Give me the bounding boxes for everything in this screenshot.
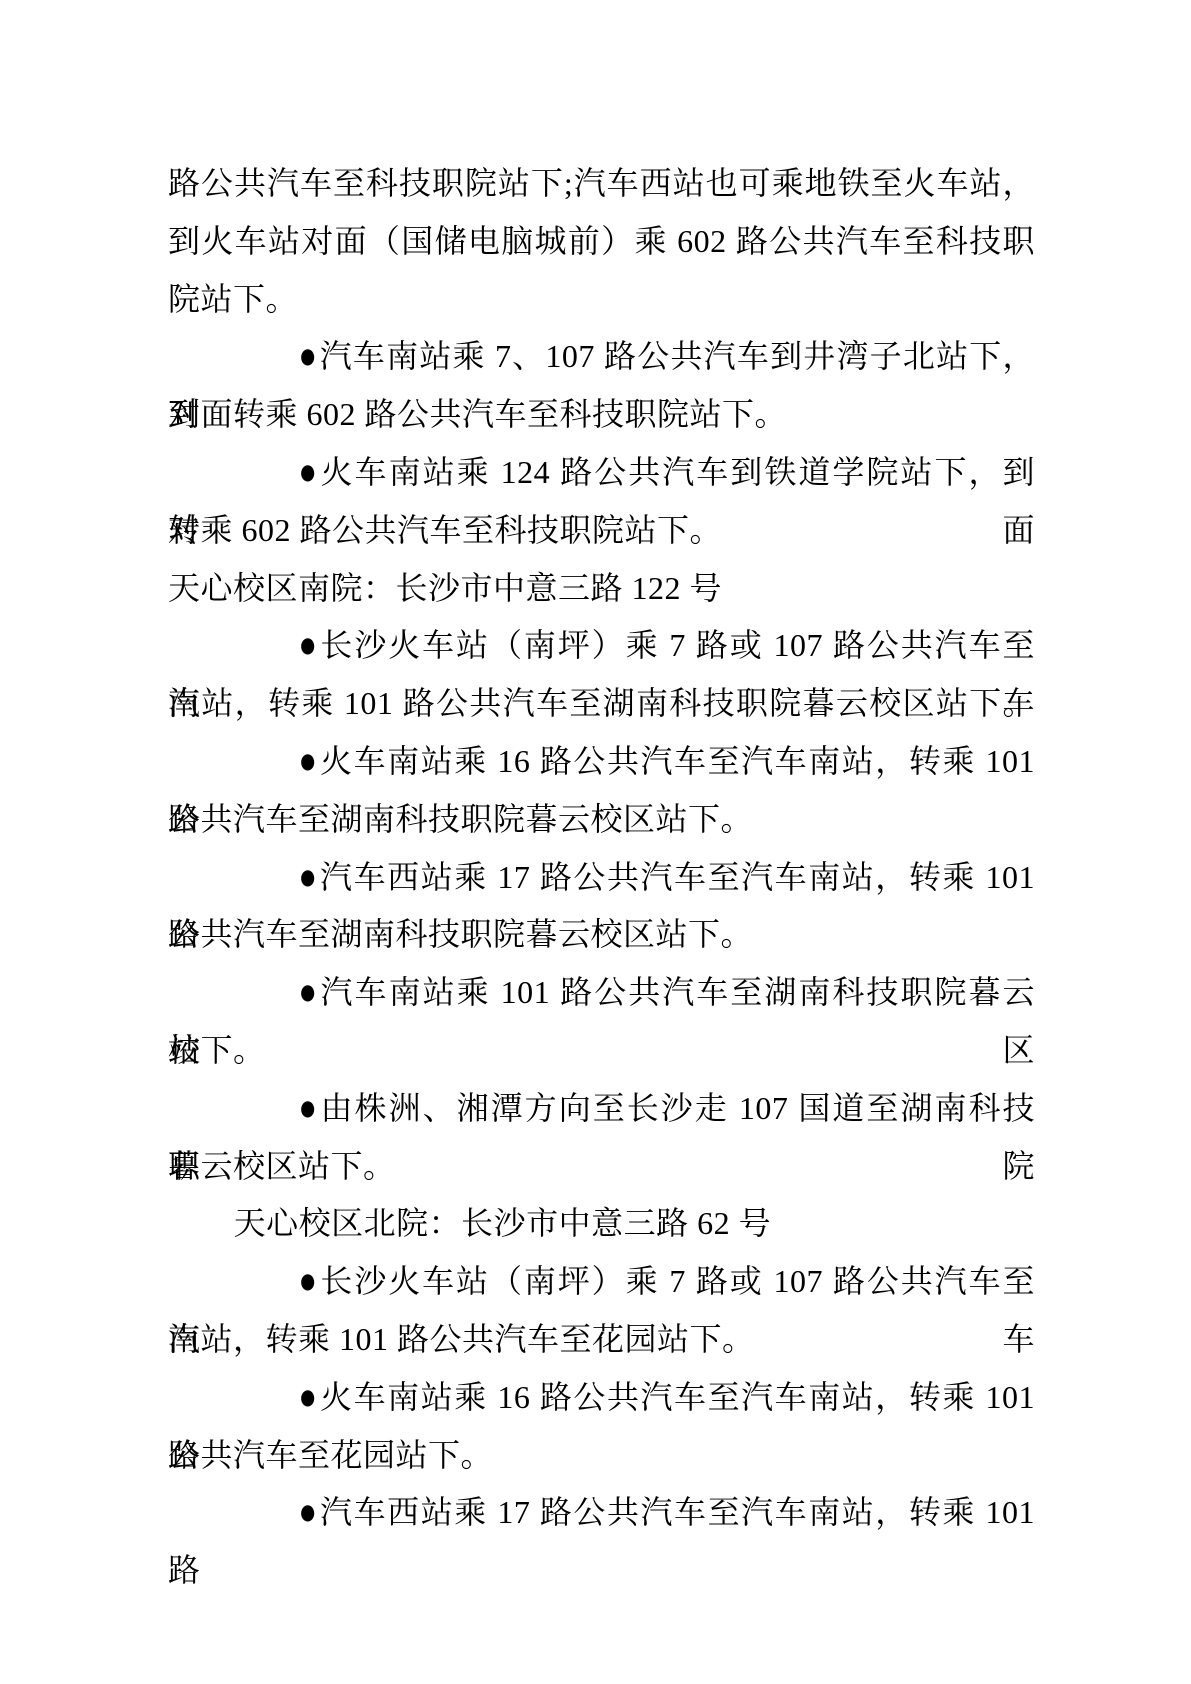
bullet-line: ●汽车南站乘 101 路公共汽车至湖南科技职院暮云校区 (168, 964, 1035, 1022)
bullet-icon: ● (236, 727, 317, 795)
bullet-icon: ● (236, 958, 317, 1026)
text-line: 路公共汽车至科技职院站下;汽车西站也可乘地铁至火车站， (168, 155, 1035, 213)
bullet-line: ●由株洲、湘潭方向至长沙走 107 国道至湖南科技职院 (168, 1080, 1035, 1138)
text-line: 到火车站对面（国储电脑城前）乘 602 路公共汽车至科技职 (168, 213, 1035, 271)
campus-north-heading: 天心校区北院：长沙市中意三路 62 号 (168, 1195, 1035, 1253)
text-line: 公共汽车至湖南科技职院暮云校区站下。 (168, 791, 1035, 849)
text-line: 院站下。 (168, 271, 1035, 329)
campus-south-heading: 天心校区南院：长沙市中意三路 122 号 (168, 560, 1035, 618)
text-line: 公共汽车至花园站下。 (168, 1427, 1035, 1485)
document-page: 路公共汽车至科技职院站下;汽车西站也可乘地铁至火车站， 到火车站对面（国储电脑城… (0, 0, 1191, 1684)
text-line: 公共汽车至湖南科技职院暮云校区站下。 (168, 906, 1035, 964)
bullet-line: ●火车南站乘 16 路公共汽车至汽车南站，转乘 101 路 (168, 733, 1035, 791)
bullet-line: ●长沙火车站（南坪）乘 7 路或 107 路公共汽车至汽车 (168, 617, 1035, 675)
bullet-line: ●火车南站乘 16 路公共汽车至汽车南站，转乘 101 路 (168, 1369, 1035, 1427)
text-line: 对面转乘 602 路公共汽车至科技职院站下。 (168, 386, 1035, 444)
bullet-icon: ● (236, 611, 317, 679)
bullet-icon: ● (236, 1362, 317, 1430)
bullet-line: ●汽车南站乘 7、107 路公共汽车到井湾子北站下，到 (168, 328, 1035, 386)
bullet-icon: ● (236, 842, 317, 910)
bullet-icon: ● (236, 1478, 317, 1546)
bullet-icon: ● (236, 438, 317, 506)
bullet-line: ●汽车西站乘 17 路公共汽车至汽车南站，转乘 101 路 (168, 1484, 1035, 1542)
bullet-line: ●长沙火车站（南坪）乘 7 路或 107 路公共汽车至汽车 (168, 1253, 1035, 1311)
text-line: 南站，转乘 101 路公共汽车至湖南科技职院暮云校区站下。 (168, 675, 1035, 733)
bullet-icon: ● (236, 1074, 317, 1142)
bullet-line: ●汽车西站乘 17 路公共汽车至汽车南站，转乘 101 路 (168, 849, 1035, 907)
bullet-icon: ● (236, 322, 317, 390)
bullet-icon: ● (236, 1247, 317, 1315)
bullet-line: ●火车南站乘 124 路公共汽车到铁道学院站下，到对面 (168, 444, 1035, 502)
